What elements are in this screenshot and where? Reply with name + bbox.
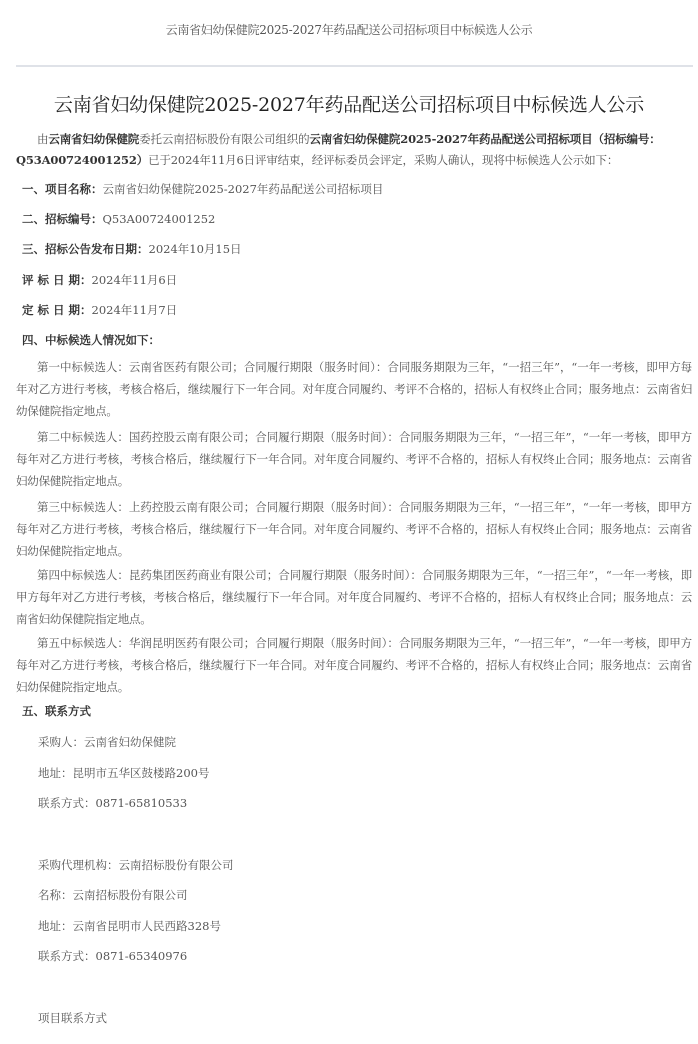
field-value: 云南省妇幼保健院2025-2027年药品配送公司招标项目 <box>103 182 384 196</box>
purchaser-phone: 联系方式：0871-65810533 <box>38 795 187 811</box>
intro-text: 由 <box>37 132 48 146</box>
intro-paragraph: 由云南省妇幼保健院委托云南招标股份有限公司组织的云南省妇幼保健院2025-202… <box>16 129 692 171</box>
field-label: 二、招标编号： <box>22 212 103 226</box>
field-publish-date: 三、招标公告发布日期：2024年10月15日 <box>22 241 242 257</box>
agency-address: 地址：云南省昆明市人民西路328号 <box>38 918 221 934</box>
header-divider <box>16 65 693 67</box>
candidate-4: 第四中标候选人：昆药集团医药商业有限公司；合同履行期限（服务时间）：合同服务期限… <box>16 564 692 630</box>
candidate-2: 第二中标候选人：国药控股云南有限公司；合同履行期限（服务时间）：合同服务期限为三… <box>16 426 692 492</box>
candidate-1: 第一中标候选人：云南省医药有限公司；合同履行期限（服务时间）：合同服务期限为三年… <box>16 356 692 422</box>
field-label: 定 标 日 期： <box>22 303 92 317</box>
intro-text: 委托云南招标股份有限公司组织的 <box>139 132 309 146</box>
purchaser-name: 采购人：云南省妇幼保健院 <box>38 734 176 750</box>
candidates-heading: 四、中标候选人情况如下： <box>22 332 160 348</box>
field-label: 评 标 日 期： <box>22 273 92 287</box>
field-tender-number: 二、招标编号：Q53A00724001252 <box>22 211 215 227</box>
purchaser-address: 地址：昆明市五华区鼓楼路200号 <box>38 765 209 781</box>
intro-purchaser-bold: 云南省妇幼保健院 <box>48 132 139 146</box>
field-value: 2024年10月15日 <box>149 242 242 256</box>
page-header-title: 云南省妇幼保健院2025-2027年药品配送公司招标项目中标候选人公示 <box>0 22 698 38</box>
field-label: 三、招标公告发布日期： <box>22 242 149 256</box>
agency-phone: 联系方式：0871-65340976 <box>38 948 187 964</box>
project-contact-heading: 项目联系方式 <box>38 1010 107 1026</box>
intro-text: 已于2024年11月6日评审结束，经评标委员会评定，采购人确认，现将中标候选人公… <box>148 153 618 167</box>
field-value: 2024年11月6日 <box>92 273 178 287</box>
field-award-date: 定 标 日 期：2024年11月7日 <box>22 302 177 318</box>
field-project-name: 一、项目名称：云南省妇幼保健院2025-2027年药品配送公司招标项目 <box>22 181 383 197</box>
candidate-5: 第五中标候选人：华润昆明医药有限公司；合同履行期限（服务时间）：合同服务期限为三… <box>16 632 692 698</box>
agency-title: 采购代理机构：云南招标股份有限公司 <box>38 857 234 873</box>
candidate-3: 第三中标候选人：上药控股云南有限公司；合同履行期限（服务时间）：合同服务期限为三… <box>16 496 692 562</box>
field-value: 2024年11月7日 <box>92 303 178 317</box>
contact-heading: 五、联系方式 <box>22 703 91 719</box>
article-intro: 由云南省妇幼保健院委托云南招标股份有限公司组织的云南省妇幼保健院2025-202… <box>16 129 692 171</box>
field-value: Q53A00724001252 <box>103 212 216 226</box>
article-title: 云南省妇幼保健院2025-2027年药品配送公司招标项目中标候选人公示 <box>0 92 698 118</box>
field-label: 一、项目名称： <box>22 182 103 196</box>
field-evaluation-date: 评 标 日 期：2024年11月6日 <box>22 272 177 288</box>
agency-name: 名称：云南招标股份有限公司 <box>38 887 188 903</box>
